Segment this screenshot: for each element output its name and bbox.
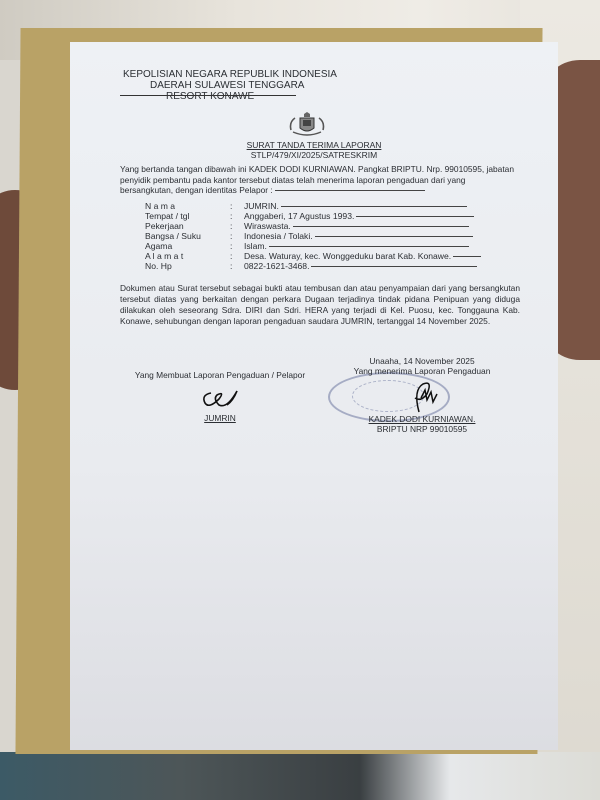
field-row-birth: Tempat / tgl : Anggaberi, 17 Agustus 199… <box>145 211 481 221</box>
letterhead-line-3: RESORT KONAWE <box>123 91 337 102</box>
background-shirt <box>0 752 600 800</box>
field-row-nationality: Bangsa / Suku : Indonesia / Tolaki. <box>145 231 481 241</box>
dash-line <box>311 266 477 267</box>
field-row-occupation: Pekerjaan : Wiraswasta. <box>145 221 481 231</box>
dash-line <box>293 226 469 227</box>
receiver-signature-icon <box>399 380 445 414</box>
body-paragraph: Dokumen atau Surat tersebut sebagai bukt… <box>120 283 520 327</box>
field-value: Desa. Waturay, kec. Wonggeduku barat Kab… <box>244 251 451 261</box>
field-row-religion: Agama : Islam. <box>145 241 481 251</box>
field-label: Agama <box>145 241 230 251</box>
field-label: No. Hp <box>145 261 230 271</box>
field-row-phone: No. Hp : 0822-1621-3468. <box>145 261 481 271</box>
document-number: STLP/479/XI/2025/SATRESKRIM <box>70 150 558 160</box>
letterhead-divider <box>120 95 296 96</box>
reporter-signature-icon <box>197 385 243 411</box>
title-heading: SURAT TANDA TERIMA LAPORAN <box>70 140 558 150</box>
field-row-address: A l a m a t : Desa. Waturay, kec. Wongge… <box>145 251 481 261</box>
receiver-signature-block: Unaaha, 14 November 2025 Yang menerima L… <box>332 356 512 434</box>
field-value: Anggaberi, 17 Agustus 1993. <box>244 211 354 221</box>
field-colon: : <box>230 231 244 241</box>
reporter-signature-block: Yang Membuat Laporan Pengaduan / Pelapor… <box>130 370 310 424</box>
police-emblem-icon <box>288 112 326 138</box>
field-row-name: N a m a : JUMRIN. <box>145 201 481 211</box>
reporter-caption: Yang Membuat Laporan Pengaduan / Pelapor <box>130 370 310 381</box>
dash-line <box>269 246 469 247</box>
reporter-identity: N a m a : JUMRIN. Tempat / tgl : Anggabe… <box>145 201 481 271</box>
dash-line <box>356 216 474 217</box>
field-value: JUMRIN. <box>244 201 279 211</box>
dash-line <box>281 206 467 207</box>
field-value: 0822-1621-3468. <box>244 261 309 271</box>
field-label: Tempat / tgl <box>145 211 230 221</box>
place-date: Unaaha, 14 November 2025 <box>332 356 512 366</box>
dash-line <box>315 236 473 237</box>
reporter-name: JUMRIN <box>130 413 310 424</box>
document-page: KEPOLISIAN NEGARA REPUBLIK INDONESIA DAE… <box>70 42 558 750</box>
receiver-rank: BRIPTU NRP 99010595 <box>332 424 512 434</box>
field-colon: : <box>230 261 244 271</box>
letterhead-line-1: KEPOLISIAN NEGARA REPUBLIK INDONESIA <box>123 69 337 80</box>
field-label: A l a m a t <box>145 251 230 261</box>
field-colon: : <box>230 251 244 261</box>
dash-line <box>453 256 481 257</box>
field-value: Islam. <box>244 241 267 251</box>
field-label: Bangsa / Suku <box>145 231 230 241</box>
field-colon: : <box>230 211 244 221</box>
field-colon: : <box>230 201 244 211</box>
letterhead: KEPOLISIAN NEGARA REPUBLIK INDONESIA DAE… <box>123 69 337 102</box>
intro-paragraph: Yang bertanda tangan dibawah ini KADEK D… <box>120 164 514 196</box>
document-title: SURAT TANDA TERIMA LAPORAN STLP/479/XI/2… <box>70 140 558 160</box>
field-label: N a m a <box>145 201 230 211</box>
dash-line <box>275 190 425 191</box>
letterhead-line-2: DAERAH SULAWESI TENGGARA <box>123 80 337 91</box>
receiver-name: KADEK DODI KURNIAWAN. <box>332 414 512 424</box>
field-value: Wiraswasta. <box>244 221 291 231</box>
receiver-caption: Yang menerima Laporan Pengaduan <box>332 366 512 376</box>
field-label: Pekerjaan <box>145 221 230 231</box>
field-colon: : <box>230 221 244 231</box>
field-colon: : <box>230 241 244 251</box>
field-value: Indonesia / Tolaki. <box>244 231 313 241</box>
